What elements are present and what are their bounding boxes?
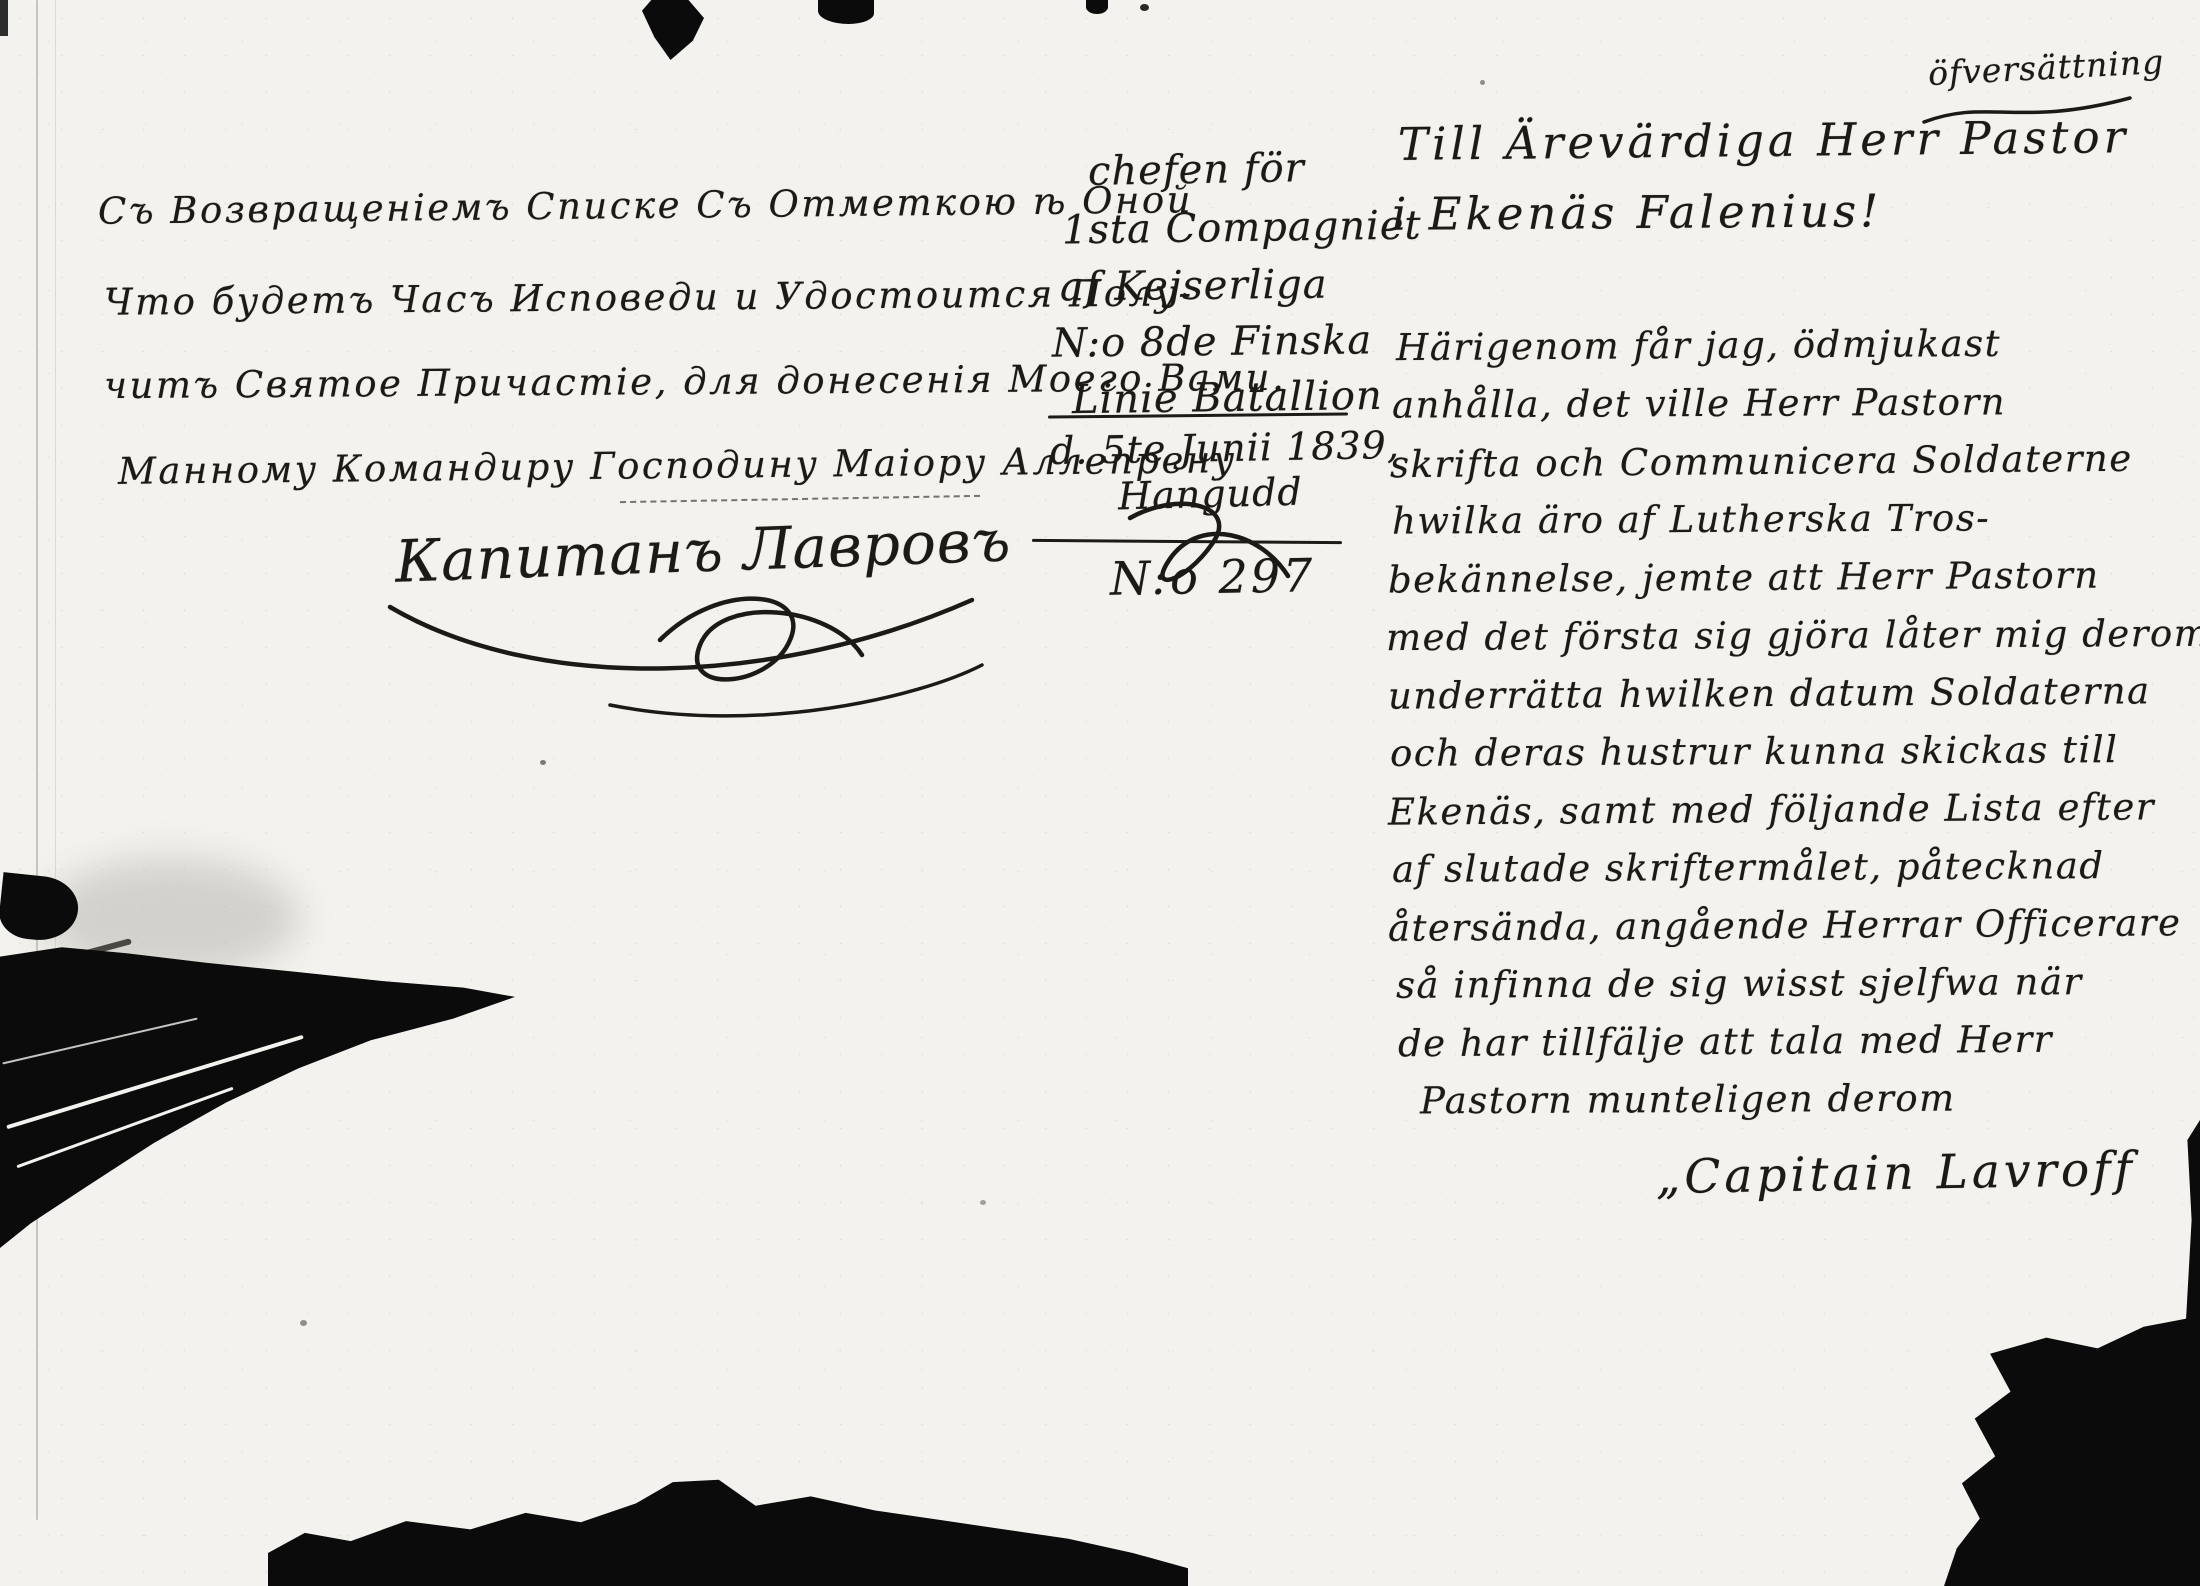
letter-body-line: återsända, angående Herrar Officerare bbox=[1388, 903, 2182, 949]
annotation-oefversaettning: öfversättning bbox=[1927, 44, 2165, 93]
letter-body-line: af slutade skriftermålet, påtecknad bbox=[1392, 846, 2105, 890]
dashed-line bbox=[620, 495, 980, 503]
sender-line: 1sta Compagniet bbox=[1062, 203, 1422, 252]
sender-line: N:o 8de Finska bbox=[1052, 318, 1373, 365]
letter-body-line: skrifta och Communicera Soldaterne bbox=[1390, 439, 2133, 486]
ink-blob-bottom-right bbox=[1944, 1316, 2200, 1586]
ink-blot-top bbox=[818, 0, 874, 24]
ink-band-bottom bbox=[268, 1468, 1188, 1586]
paper-fold-line bbox=[36, 0, 38, 1520]
sender-line: af Kejserliga bbox=[1060, 263, 1328, 310]
letter-body-line: anhålla, det ville Herr Pastorn bbox=[1392, 382, 2006, 426]
document-number: N:o 297 bbox=[1110, 550, 1316, 604]
letter-salutation-line: i Ekenäs Falenius! bbox=[1392, 186, 1883, 239]
russian-signature-flourish bbox=[360, 545, 1000, 725]
ink-speck bbox=[1140, 4, 1149, 11]
letter-body-line: underrätta hwilken datum Soldaterna bbox=[1388, 671, 2151, 717]
ink-blob-left bbox=[0, 868, 520, 1248]
letter-body-line: så infinna de sig wisst sjelfwa när bbox=[1396, 962, 2083, 1006]
letter-body-line: de har tillfälje att tala med Herr bbox=[1398, 1020, 2053, 1065]
ink-speck bbox=[300, 1320, 307, 1326]
letter-signature: „Capitain Lavroff bbox=[1656, 1144, 2137, 1204]
letter-body-line: Härigenom får jag, ödmjukast bbox=[1396, 324, 2001, 369]
ink-speck bbox=[1480, 80, 1485, 85]
letter-body-line: och deras hustrur kunna skickas till bbox=[1390, 730, 2119, 775]
date-line: d. 5te Junii 1839, bbox=[1050, 425, 1401, 473]
ink-strip-right-edge bbox=[2186, 1120, 2200, 1320]
letter-salutation-line: Till Ärevärdiga Herr Pastor bbox=[1398, 112, 2130, 169]
scanned-letter-page: öfversättning Съ Возвращеніемъ Списке Съ… bbox=[0, 0, 2200, 1586]
russian-note-line: Съ Возвращеніемъ Списке Съ Отметкою ѣ Он… bbox=[98, 180, 1193, 232]
ink-speck bbox=[540, 760, 546, 765]
letter-body-line: Pastorn munteligen derom bbox=[1420, 1079, 1956, 1122]
letter-body-line: med det första sig gjöra låter mig derom bbox=[1386, 614, 2200, 659]
letter-body-line: Ekenäs, samt med följande Lista efter bbox=[1388, 787, 2155, 833]
ink-blot-top bbox=[642, 0, 704, 60]
letter-body-line: bekännelse, jemte att Herr Pastorn bbox=[1388, 556, 2100, 602]
sender-line: chefen för bbox=[1088, 146, 1306, 194]
ink-speck bbox=[980, 1200, 986, 1205]
letter-body-line: hwilka äro af Lutherska Tros- bbox=[1392, 498, 1990, 542]
russian-note-line: Что будетъ Часъ Исповеди и Удостоится По… bbox=[104, 273, 1194, 323]
ink-blot-top bbox=[1086, 0, 1108, 14]
ink-blot-corner bbox=[0, 0, 8, 36]
